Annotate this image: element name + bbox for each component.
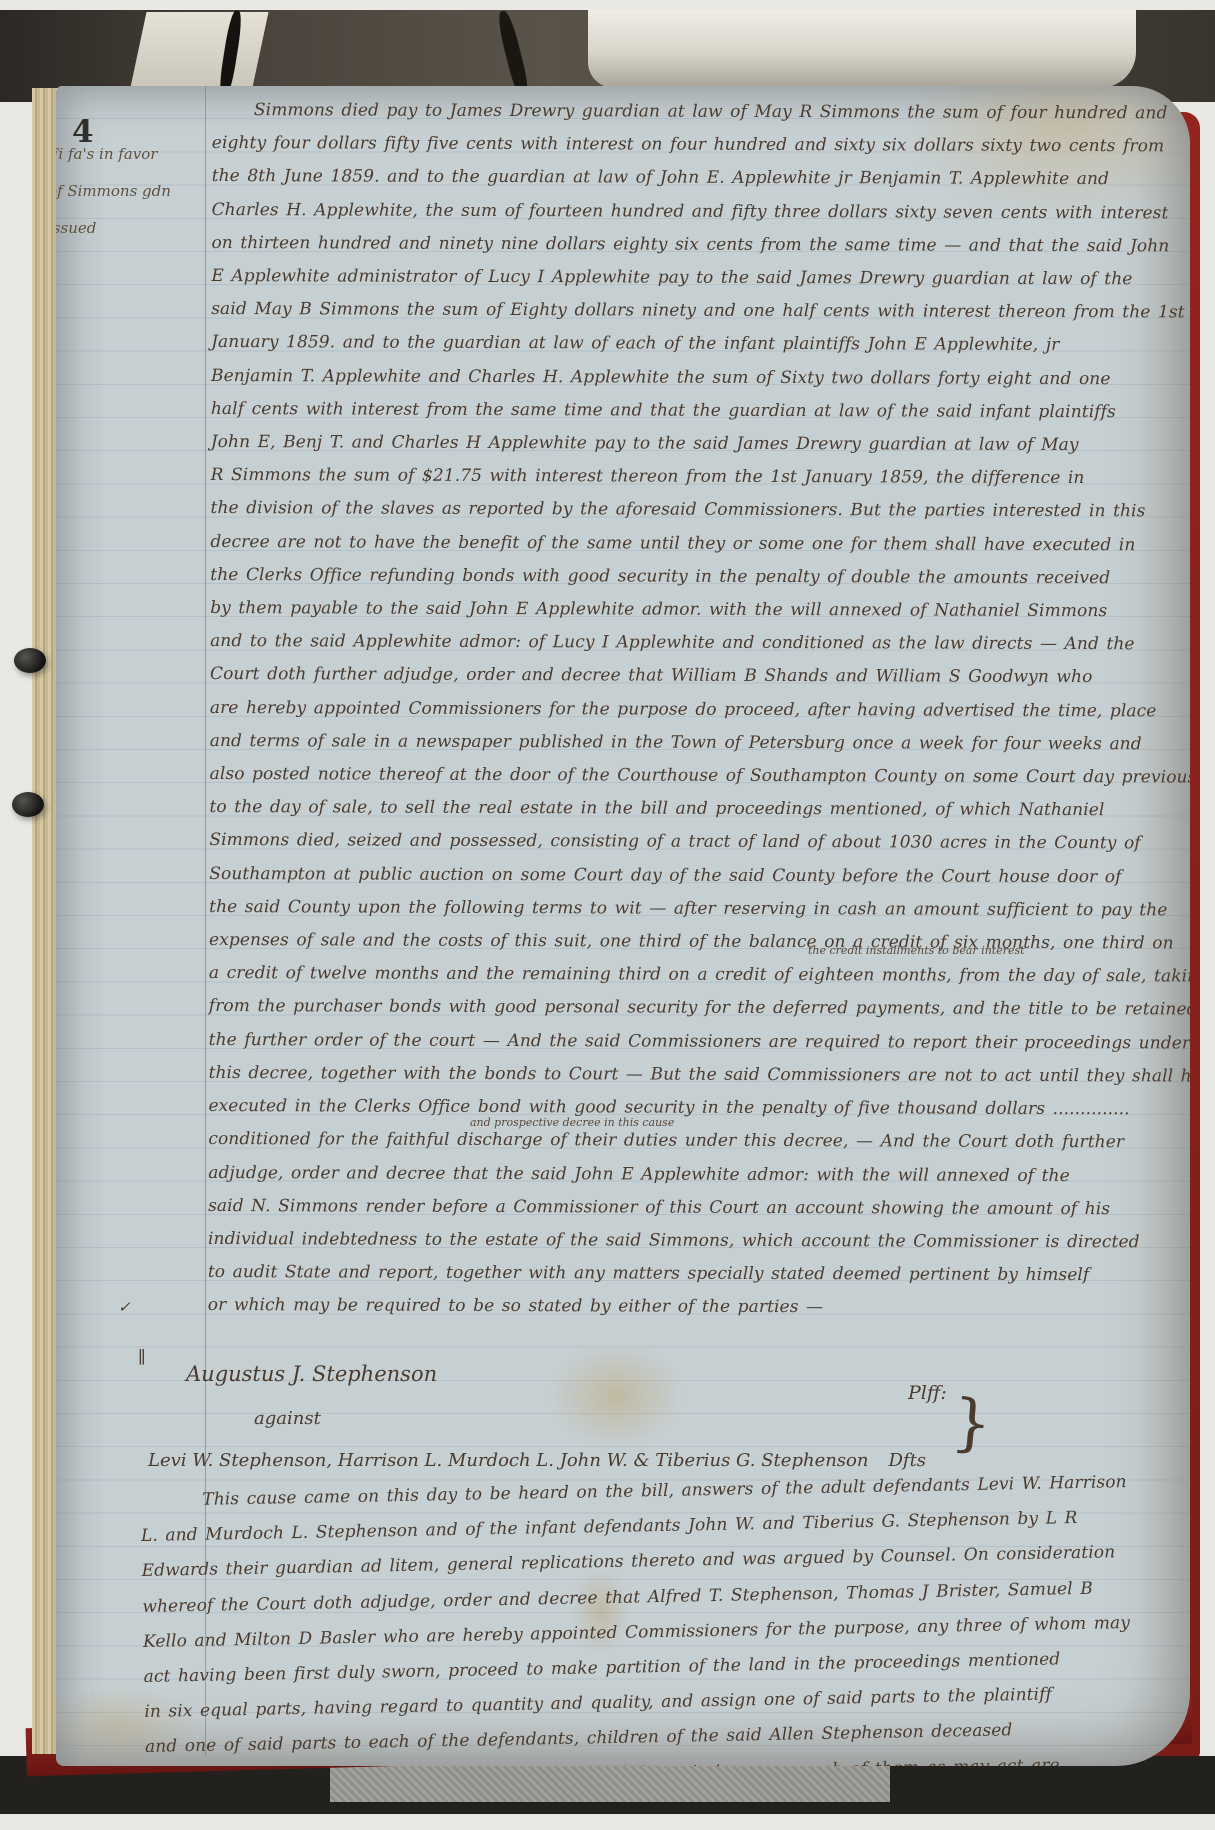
text-line: eighty four dollars fifty five cents wit… [212, 127, 1152, 163]
text-line: or which may be required to be so stated… [208, 1289, 1148, 1325]
text-line: the further order of the court — And the… [209, 1024, 1149, 1060]
text-line: decree are not to have the benefit of th… [210, 526, 1150, 562]
text-line: said May B Simmons the sum of Eighty dol… [211, 293, 1151, 329]
text-line: John E, Benj T. and Charles H Applewhite… [211, 426, 1151, 462]
scanned-ledger-photo: 4 Fi fa's in favorof Simmons gdnissued ✓… [0, 0, 1215, 1830]
text-line: executed in the Clerks Office bond with … [208, 1090, 1148, 1126]
plaintiff-label: Plff: [908, 1382, 947, 1404]
simmons-decree-text: Simmons died pay to James Drewry guardia… [208, 94, 1152, 1326]
defendants-label: Dfts [888, 1450, 926, 1471]
margin-note: Fi fa's in favorof Simmons gdnissued [56, 136, 208, 247]
text-line: Court doth further adjudge, order and de… [210, 658, 1150, 694]
text-line: Charles H. Applewhite, the sum of fourte… [212, 194, 1152, 230]
text-line: the Clerks Office refunding bonds with g… [210, 559, 1150, 595]
text-line: and terms of sale in a newspaper publish… [210, 725, 1150, 761]
case-defendants-line: Levi W. Stephenson, Harrison L. Murdoch … [148, 1450, 926, 1471]
text-line: also posted notice thereof at the door o… [210, 758, 1150, 794]
margin-note-line: issued [56, 210, 208, 247]
text-line: the 8th June 1859. and to the guardian a… [212, 160, 1152, 196]
binder-post-top [14, 648, 46, 673]
text-line: this decree, together with the bonds to … [209, 1057, 1149, 1093]
check-mark: ✓ [118, 1298, 131, 1316]
interlineation-credit: the credit installments to bear interest [808, 944, 1025, 957]
text-line: the division of the slaves as reported b… [210, 492, 1150, 528]
text-line: R Simmons the sum of $21.75 with interes… [211, 459, 1151, 495]
text-line: Simmons died, seized and possessed, cons… [209, 824, 1149, 860]
text-line: individual indebtedness to the estate of… [208, 1223, 1148, 1259]
text-line: the said County upon the following terms… [209, 891, 1149, 927]
text-line: and to the said Applewhite admor: of Luc… [210, 625, 1150, 661]
stacked-page-edges [32, 88, 59, 1754]
text-line: from the purchaser bonds with good perso… [209, 990, 1149, 1026]
text-line: adjudge, order and decree that the said … [208, 1156, 1148, 1192]
text-line: said N. Simmons render before a Commissi… [208, 1190, 1148, 1226]
case-brace: } [949, 1384, 995, 1460]
ledger-page: 4 Fi fa's in favorof Simmons gdnissued ✓… [56, 86, 1190, 1766]
text-line: E Applewhite administrator of Lucy I App… [211, 260, 1151, 296]
text-line: a credit of twelve months and the remain… [209, 957, 1149, 993]
case-plaintiff-name: Augustus J. Stephenson [186, 1362, 437, 1386]
margin-note-line: of Simmons gdn [56, 173, 208, 210]
case-against-label: against [254, 1408, 321, 1429]
text-line: to audit State and report, together with… [208, 1256, 1148, 1292]
binder-post-bottom [12, 792, 44, 817]
text-line: conditioned for the faithful discharge o… [208, 1123, 1148, 1159]
text-line: by them payable to the said John E Apple… [210, 592, 1150, 628]
loose-paper-edge [129, 12, 268, 92]
text-line: Benjamin T. Applewhite and Charles H. Ap… [211, 360, 1151, 396]
loose-paper-edge [588, 10, 1136, 88]
text-line: are hereby appointed Commissioners for t… [210, 692, 1150, 728]
interlineation-decree: and prospective decree in this cause [470, 1116, 674, 1129]
text-line: half cents with interest from the same t… [211, 393, 1151, 429]
book-cloth-texture [330, 1766, 890, 1802]
text-line: on thirteen hundred and ninety nine doll… [211, 227, 1151, 263]
text-line: Southampton at public auction on some Co… [209, 858, 1149, 894]
case-defendants-names: Levi W. Stephenson, Harrison L. Murdoch … [148, 1450, 868, 1471]
text-line: to the day of sale, to sell the real est… [209, 791, 1149, 827]
margin-note-line: Fi fa's in favor [56, 136, 208, 173]
text-line: Simmons died pay to James Drewry guardia… [212, 94, 1152, 130]
text-line: January 1859. and to the guardian at law… [211, 326, 1151, 362]
paragraph-mark: ∥ [138, 1348, 146, 1368]
stephenson-order-text: This cause came on this day to be heard … [140, 1464, 1186, 1766]
